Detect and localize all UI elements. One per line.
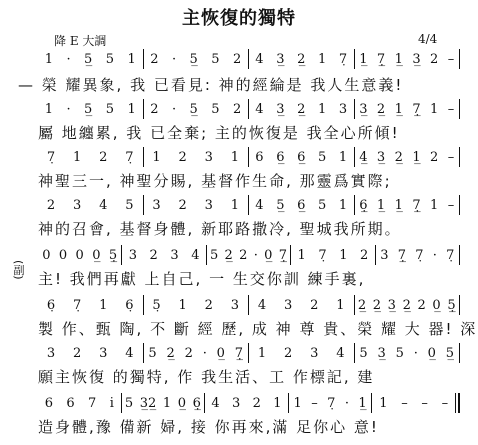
- note: 5̲: [84, 102, 92, 117]
- lyric-text: 神的召會, 基督身體, 新耶路撒冷, 聖城我所期。: [0, 218, 478, 239]
- note: 3̲: [378, 346, 386, 361]
- note: 7̣: [318, 248, 326, 263]
- note: 2̲: [297, 102, 305, 117]
- note: 1̲: [377, 198, 385, 213]
- notation-line: 323452̲2·0̲7̣̲123453̲5·0̲5̲: [0, 342, 478, 364]
- note: 1: [318, 102, 326, 117]
- note: 3: [99, 346, 107, 361]
- measure: 43̲2̲13: [249, 98, 354, 120]
- note: ·: [66, 52, 70, 67]
- note: –: [448, 150, 455, 165]
- note: 2: [360, 248, 368, 263]
- note: 0̲: [178, 396, 186, 411]
- lyric-line: 主! 我們再獻 上自己, 一 生交你訓 練手裏,: [0, 268, 478, 290]
- measure: 4̲3̲2̲1̲2–: [355, 146, 460, 168]
- note: 7̣: [47, 150, 55, 165]
- measure: 2345: [38, 194, 143, 216]
- measure: 1–––: [372, 392, 455, 414]
- note: 2: [179, 150, 187, 165]
- measure: 4321: [205, 392, 288, 414]
- note: ·: [433, 248, 437, 263]
- lyric-line: 製 作、甄 陶, 不 斷 經 歷, 成 神 尊 貴、榮 耀 大 器! 深: [0, 318, 478, 340]
- note: i̇: [110, 396, 114, 411]
- barline: [459, 343, 460, 363]
- note: 5̣̲: [447, 298, 455, 313]
- note: 1: [127, 102, 135, 117]
- note: 5: [318, 150, 326, 165]
- note: 4: [258, 298, 266, 313]
- note: 2: [47, 198, 55, 213]
- measure: 6̣7̣16̣: [38, 294, 143, 316]
- barline: [459, 295, 460, 315]
- note: 2̲: [358, 298, 366, 313]
- note: ·: [172, 52, 176, 67]
- note: 3̲: [377, 150, 385, 165]
- note: 2̲: [403, 298, 411, 313]
- lyric-text: 造身體,豫 備新 婦, 接 你再來,滿 足你心 意!: [0, 416, 478, 437]
- note: 0̲: [432, 298, 440, 313]
- note: 3: [231, 298, 239, 313]
- note: 1: [298, 248, 306, 263]
- note: 1: [73, 150, 81, 165]
- lyric-text: 屬 地纏累, 我 已全棄; 主的恢復是 我全心所傾!: [0, 122, 478, 143]
- note: 3̲: [412, 52, 420, 67]
- lyric-line: 願主恢復 的獨特, 作 我生活、工 作標記, 建: [0, 366, 478, 388]
- note: –: [448, 52, 455, 67]
- note: 3: [284, 298, 292, 313]
- note: 2: [179, 198, 187, 213]
- lyric-line: 造身體,豫 備新 婦, 接 你再來,滿 足你心 意!: [0, 416, 478, 438]
- lyric-line: 屬 地纏累, 我 已全棄; 主的恢復是 我全心所傾!: [0, 122, 478, 144]
- note: 5̲: [276, 198, 284, 213]
- note: 1: [163, 396, 171, 411]
- note: 7̣̲: [412, 102, 420, 117]
- note: 2: [233, 52, 241, 67]
- note: 6̲: [297, 198, 305, 213]
- note: 1: [231, 150, 239, 165]
- measure: 3̲2̲1̲7̣̲1–: [355, 98, 460, 120]
- note: ·: [203, 346, 207, 361]
- note: 0̲: [92, 248, 100, 263]
- note: 6̣: [47, 298, 55, 313]
- lyric-text: 製 作、甄 陶, 不 斷 經 歷, 成 神 尊 貴、榮 耀 大 器! 深: [0, 318, 478, 339]
- note: 4: [255, 102, 263, 117]
- measure: 1234: [249, 342, 354, 364]
- note: 1: [258, 346, 266, 361]
- note: 7̣̲: [235, 346, 243, 361]
- note: 7̣: [125, 150, 133, 165]
- note: 6̣: [125, 298, 133, 313]
- note: 5̣: [152, 298, 160, 313]
- barline: [459, 99, 460, 119]
- note: 2: [284, 346, 292, 361]
- note: 5: [106, 52, 114, 67]
- note: 1: [99, 298, 107, 313]
- note: 2: [233, 102, 241, 117]
- notation-line: 6̣7̣16̣5̣12343212̲2̲3̲2̲20̲5̣̲: [0, 294, 478, 316]
- measure: 3234: [38, 342, 143, 364]
- note: 2: [239, 248, 247, 263]
- note: 6̣̲: [359, 198, 367, 213]
- note: ·: [345, 396, 349, 411]
- lyric-text: 願主恢復 的獨特, 作 我生活、工 作標記, 建: [0, 366, 478, 387]
- measure: 7̣127̣: [38, 146, 143, 168]
- measure: 2·5̲52: [144, 48, 249, 70]
- note: 4: [125, 346, 133, 361]
- note: 6: [255, 150, 263, 165]
- note: 5: [148, 346, 156, 361]
- note: 4: [211, 396, 219, 411]
- note: 5: [396, 346, 404, 361]
- note: 0̲: [428, 346, 436, 361]
- note: 5̣̲: [109, 248, 117, 263]
- lyric-line: 神聖三一, 神聖分賜, 基督作生命, 那靈爲實際;: [0, 170, 478, 192]
- note: 7̣: [327, 396, 335, 411]
- note: 3: [205, 150, 213, 165]
- measure: 1·5̲51: [38, 98, 143, 120]
- note: –: [448, 198, 455, 213]
- note: 7: [88, 396, 96, 411]
- barline: [459, 245, 460, 265]
- song-title: 主恢復的獨特: [0, 4, 478, 30]
- measure: 52̲2·0̲7̣̲: [207, 244, 290, 266]
- note: 3̲: [388, 298, 396, 313]
- measure: 37̣̲7̣·7̣: [376, 244, 459, 266]
- note: 3: [47, 346, 55, 361]
- note: 1̲: [395, 52, 403, 67]
- note: 2: [150, 248, 158, 263]
- note: 3: [310, 346, 318, 361]
- note: 1: [152, 150, 160, 165]
- measure: 43̲2̲17̣: [249, 48, 354, 70]
- note: 2: [150, 102, 158, 117]
- note: 3̲: [359, 102, 367, 117]
- note: 6̲: [276, 150, 284, 165]
- note: 1: [318, 52, 326, 67]
- note: –: [421, 396, 428, 411]
- note: 4: [255, 198, 263, 213]
- note: 0̲: [264, 248, 272, 263]
- note: 6: [45, 396, 53, 411]
- note: 3̲: [276, 52, 284, 67]
- note: 3: [73, 198, 81, 213]
- note: 7̣: [73, 298, 81, 313]
- note: 5̲: [190, 52, 198, 67]
- note: –: [448, 102, 455, 117]
- note: 1̲: [359, 52, 367, 67]
- note: 2̲: [377, 102, 385, 117]
- note: 5: [210, 248, 218, 263]
- note: 4̲: [359, 150, 367, 165]
- barline: [459, 49, 460, 69]
- note: 1: [336, 298, 344, 313]
- note: 3̲: [276, 102, 284, 117]
- note: 1: [379, 396, 387, 411]
- lyric-line: 神的召會, 基督身體, 新耶路撒冷, 聖城我所期。: [0, 218, 478, 240]
- barline: [459, 147, 460, 167]
- note: 1: [45, 52, 53, 67]
- note: 2: [430, 150, 438, 165]
- note: 2̲: [297, 52, 305, 67]
- note: 5: [318, 198, 326, 213]
- note: 5: [211, 52, 219, 67]
- note: 5̲: [446, 346, 454, 361]
- note: 3: [170, 248, 178, 263]
- note: 4: [336, 346, 344, 361]
- note: 7̣: [415, 248, 423, 263]
- note: 3̲2̲: [140, 396, 157, 411]
- note: 2: [99, 150, 107, 165]
- notation-line: 1·5̲512·5̲5243̲2̲133̲2̲1̲7̣̲1–: [0, 98, 478, 120]
- notation-line: 7̣127̣123166̲6̲514̲3̲2̲1̲2–: [0, 146, 478, 168]
- measure: 2·5̲52: [144, 98, 249, 120]
- note: 2̲: [373, 298, 381, 313]
- note: 7̣̲: [377, 52, 385, 67]
- note: 2: [205, 298, 213, 313]
- note: 0: [59, 248, 67, 263]
- note: 2: [150, 52, 158, 67]
- measure: 1̲7̣̲1̲3̲2–: [355, 48, 460, 70]
- note: 2: [73, 346, 81, 361]
- measure: 53̲2̲10̲6̣̲: [122, 392, 205, 414]
- note: 1̲: [412, 150, 420, 165]
- note: 7̣: [339, 52, 347, 67]
- note: 1: [339, 248, 347, 263]
- note: 1: [127, 52, 135, 67]
- note: 6̣̲: [193, 396, 201, 411]
- note: 1: [179, 298, 187, 313]
- note: 2: [310, 298, 318, 313]
- note: 1: [339, 198, 347, 213]
- note: 2: [418, 298, 426, 313]
- measure: 0000̲5̣̲: [38, 244, 121, 266]
- note: 4: [255, 52, 263, 67]
- note: 5: [359, 346, 367, 361]
- note: 1: [273, 396, 281, 411]
- measure: 45̲6̲51: [249, 194, 354, 216]
- note: 2: [430, 52, 438, 67]
- note: 7̣: [446, 248, 454, 263]
- note: 3: [339, 102, 347, 117]
- note: 0: [42, 248, 50, 263]
- note: 3: [205, 198, 213, 213]
- note: 1: [293, 396, 301, 411]
- note: 1: [231, 198, 239, 213]
- notation-line: 0000̲5̣̲323452̲2·0̲7̣̲17̣1237̣̲7̣·7̣: [0, 244, 478, 266]
- note: 3: [380, 248, 388, 263]
- measure: 6̣̲1̲1̲7̣̲1–: [355, 194, 460, 216]
- note: 3: [129, 248, 137, 263]
- note: ·: [254, 248, 258, 263]
- note: 7̣̲: [398, 248, 406, 263]
- time-signature: 4/4: [418, 32, 437, 46]
- measure: 3231: [144, 194, 249, 216]
- note: 1: [339, 150, 347, 165]
- note: 2: [253, 396, 261, 411]
- key-signature: 降 E 大調: [54, 32, 106, 49]
- notation-line: 667i̇53̲2̲10̲6̣̲43211–7̣·1̲1–––: [0, 392, 478, 414]
- note: ·: [414, 346, 418, 361]
- note: ·: [66, 102, 70, 117]
- note: ·: [172, 102, 176, 117]
- note: 3: [232, 396, 240, 411]
- note: 2̲: [167, 346, 175, 361]
- note: 1: [430, 198, 438, 213]
- note: –: [311, 396, 318, 411]
- note: 1̲: [395, 102, 403, 117]
- measure: 4321: [249, 294, 354, 316]
- measure: 5̣123: [144, 294, 249, 316]
- note: 0̲: [217, 346, 225, 361]
- note: 1: [430, 102, 438, 117]
- note: 1̲: [395, 198, 403, 213]
- note: 5: [125, 198, 133, 213]
- measure: 2̲2̲3̲2̲20̲5̣̲: [355, 294, 460, 316]
- note: 7̣̲: [412, 198, 420, 213]
- note: 2̲: [395, 150, 403, 165]
- note: 1: [45, 102, 53, 117]
- note: 5: [211, 102, 219, 117]
- note: 5̲: [84, 52, 92, 67]
- lyric-text: 神聖三一, 神聖分賜, 基督作生命, 那靈爲實際;: [0, 170, 478, 191]
- measure: 667i̇: [38, 392, 121, 414]
- note: 5̲: [190, 102, 198, 117]
- notation-line: 1·5̲512·5̲5243̲2̲17̣1̲7̣̲1̲3̲2–: [0, 48, 478, 70]
- measure: 1231: [144, 146, 249, 168]
- note: 1̲: [358, 396, 366, 411]
- note: –: [401, 396, 408, 411]
- note: 6: [66, 396, 74, 411]
- note: 4: [99, 198, 107, 213]
- note: 3: [152, 198, 160, 213]
- note: 4: [191, 248, 199, 263]
- measure: 53̲5·0̲5̲: [355, 342, 460, 364]
- barline: [459, 195, 460, 215]
- measure: 66̲6̲51: [249, 146, 354, 168]
- measure: 52̲2·0̲7̣̲: [144, 342, 249, 364]
- notation-line: 2345323145̲6̲516̣̲1̲1̲7̣̲1–: [0, 194, 478, 216]
- lyric-text: — 榮 耀異象, 我 已看見: 神的經綸是 我人生意義!: [0, 74, 478, 95]
- note: 0: [76, 248, 84, 263]
- measure: 3234: [122, 244, 205, 266]
- note: –: [442, 396, 449, 411]
- note: 2: [185, 346, 193, 361]
- measure: 1–7̣·1̲: [289, 392, 372, 414]
- barline: [455, 393, 460, 413]
- lyric-line: — 榮 耀異象, 我 已看見: 神的經綸是 我人生意義!: [0, 74, 478, 96]
- lyric-text: 主! 我們再獻 上自己, 一 生交你訓 練手裏,: [0, 268, 478, 289]
- note: 6̲: [297, 150, 305, 165]
- note: 5: [106, 102, 114, 117]
- note: 2̲: [225, 248, 233, 263]
- note: 5: [125, 396, 133, 411]
- measure: 1·5̲51: [38, 48, 143, 70]
- note: 7̣̲: [279, 248, 287, 263]
- measure: 17̣12: [291, 244, 374, 266]
